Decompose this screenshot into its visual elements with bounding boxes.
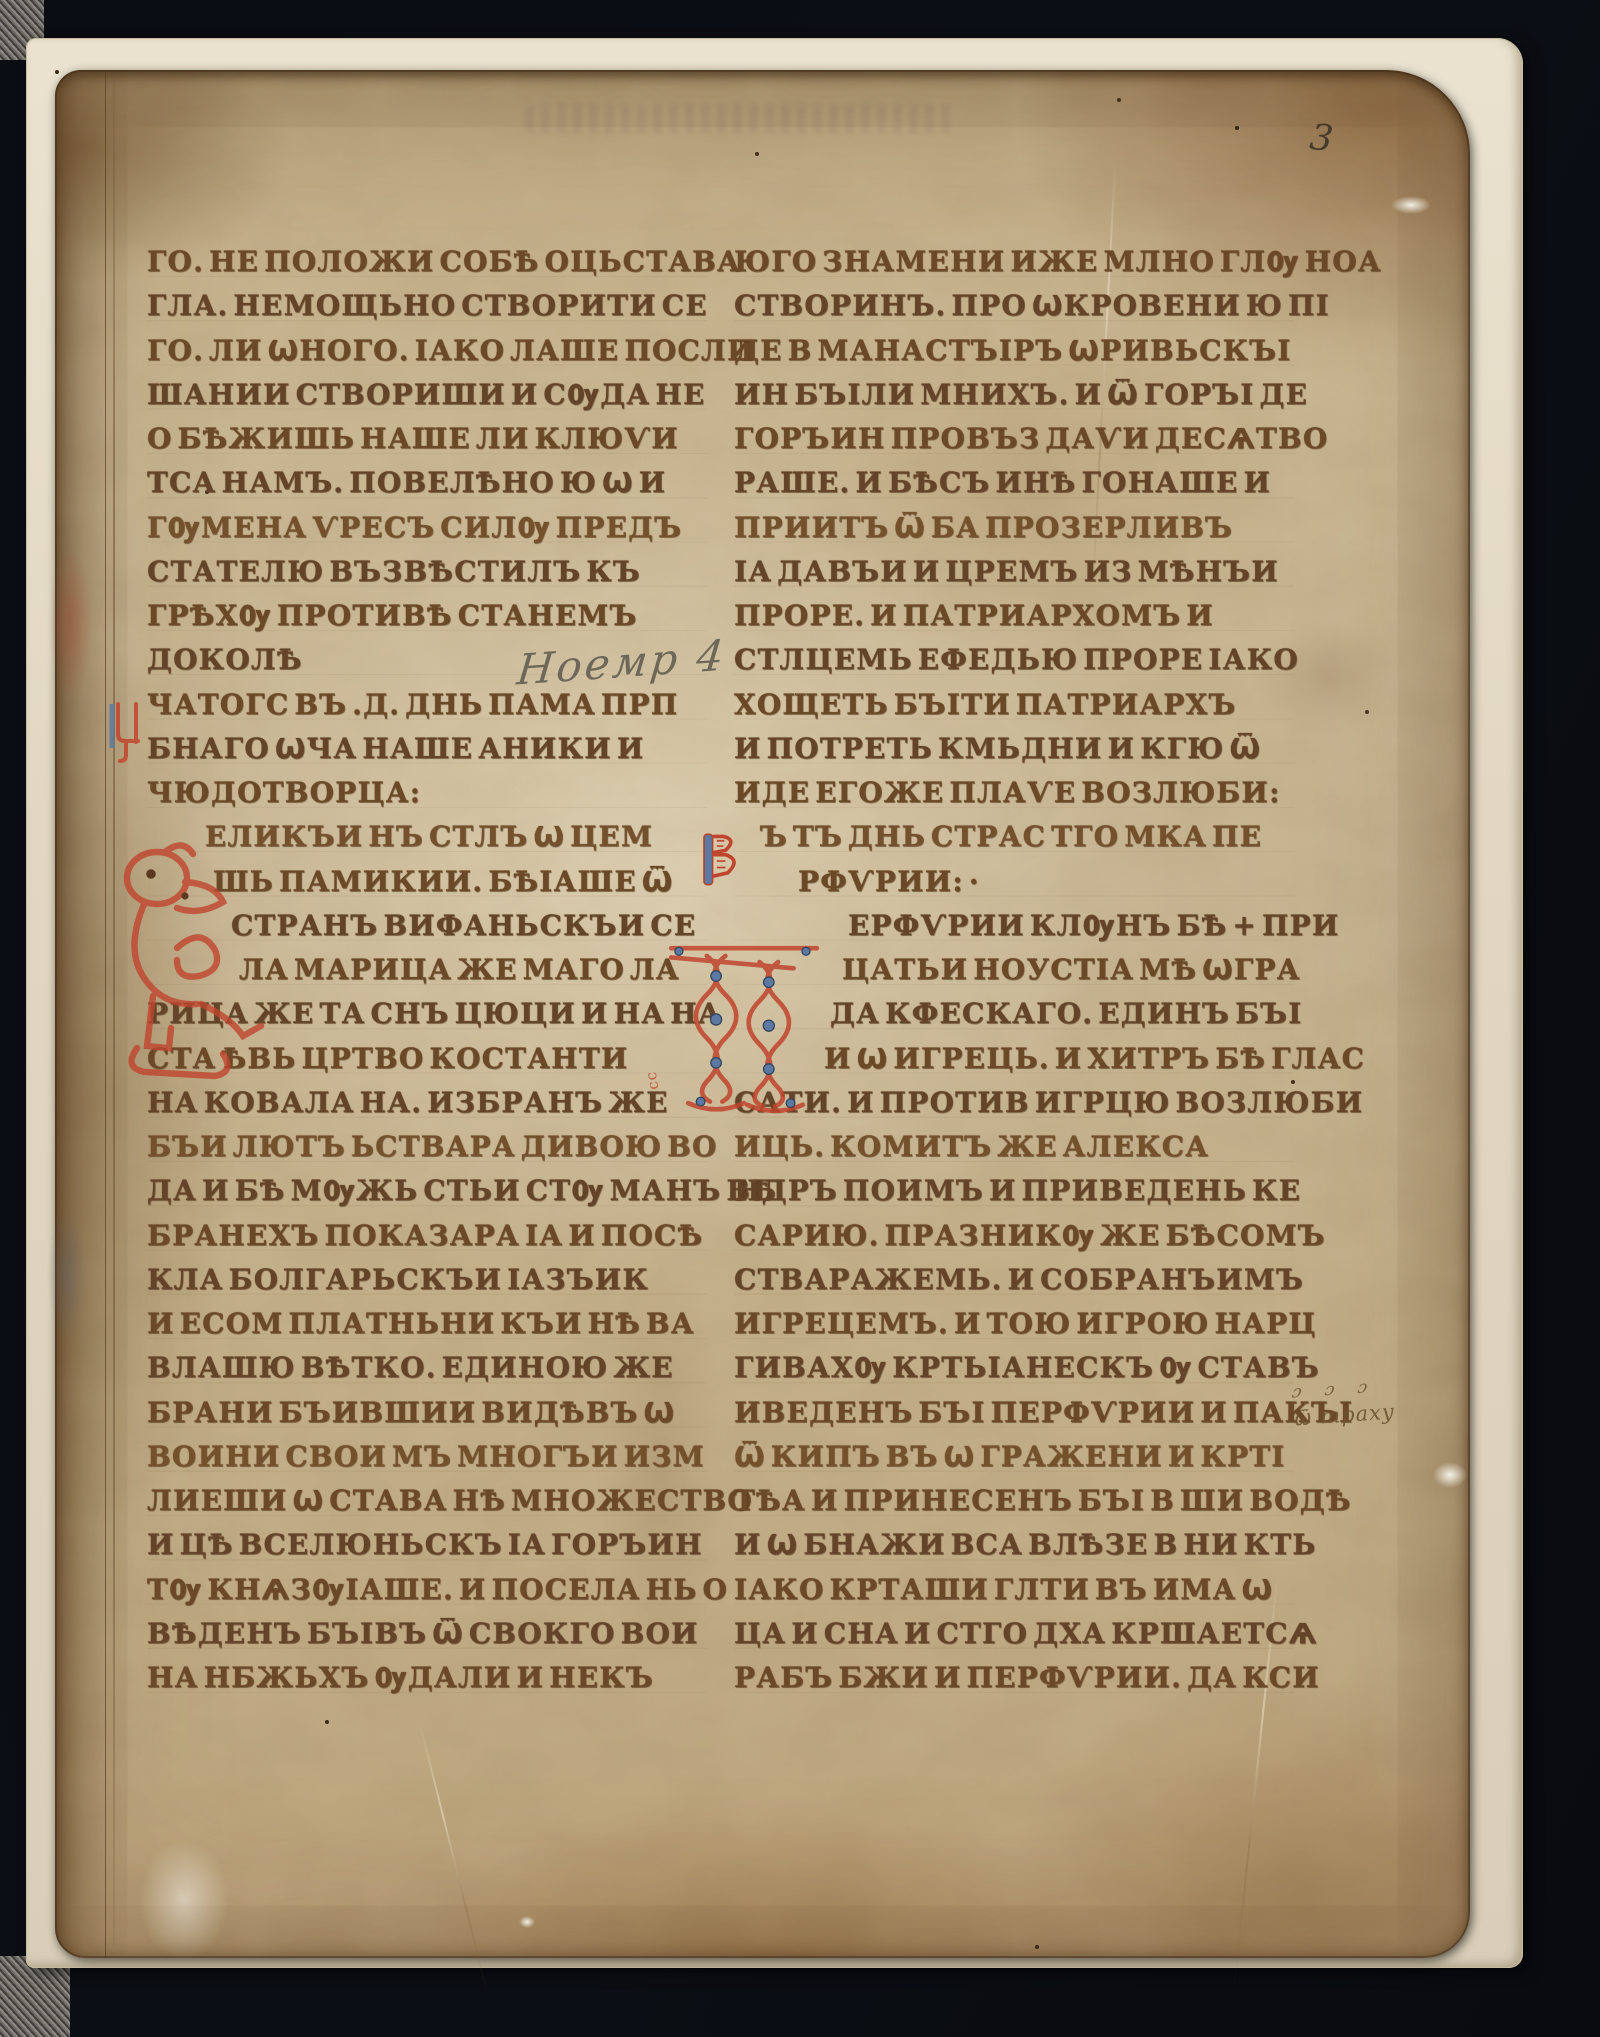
damage-spot — [1391, 196, 1431, 214]
text-line: вѣденъ бъівъ ѿ свокго вои — [147, 1612, 707, 1656]
text-line: стателю възвѣстилъ къ — [147, 550, 707, 594]
text-line: и есом платньни къи нѣ ва — [147, 1302, 707, 1346]
text-line: ца и сна и стго дха кршаетсѧ — [734, 1612, 1294, 1656]
text-line: ѿ кипъ въ ѡ гражени и крті — [734, 1435, 1294, 1479]
text-line: на ковала на. избранъ же — [147, 1081, 707, 1125]
text-line: иведенъ бъі перфѵрии и пакъі — [734, 1391, 1294, 1435]
text-line: на нбжьхъ ѹдали и некъ — [147, 1656, 707, 1700]
manuscript-photo: 3 Ноемр 4 го. не положи собѣ оцьставагла… — [0, 0, 1600, 2037]
rubric-initial-tse — [105, 696, 145, 768]
text-line: тѹ кнѧзѹіаше. и посела нь о — [147, 1568, 707, 1612]
text-line: тѣа и принесенъ бъі в ши водѣ — [734, 1479, 1294, 1523]
abrasion — [139, 1840, 229, 1960]
initial-ve-small — [696, 830, 742, 890]
text-line: юго знамени иже млно глѹ ноа — [734, 240, 1294, 284]
text-line: гла. немощьно створити се — [147, 284, 707, 328]
text-line: шании створиши и сѹда не — [147, 373, 707, 417]
text-line: раше. и бѣсъ инѣ гонаше и — [734, 461, 1294, 505]
text-line: чатогс въ .д. днь пама прп — [147, 683, 707, 727]
text-line: гивахѹ кртьіанескъ ѹ ставъ — [734, 1346, 1294, 1390]
text-line: стваражемь. и собранъимъ — [734, 1258, 1294, 1302]
text-line: проре. и патриархомъ и — [734, 594, 1294, 638]
margin-inscription: ɔ ɔ ɔ ѿ траху — [1291, 1373, 1396, 1432]
text-line: игрецемъ. и тою игрою нарц — [734, 1302, 1294, 1346]
text-line: де в манастъіръ ѡривьскъі — [734, 329, 1294, 373]
text-line: иць. комитъ же алекса — [734, 1125, 1294, 1169]
text-line: и ѡ бнажи вса влѣзе в ни кть — [734, 1523, 1294, 1567]
text-line: приитъ ѿ ба прозерливъ — [734, 506, 1294, 550]
damage-spot — [519, 1916, 535, 1928]
text-line: го. ли ѡного. іако лаше посли — [147, 329, 707, 373]
text-line: го. не положи собѣ оцьстава — [147, 240, 707, 284]
text-line: рфѵрии: · — [734, 860, 1294, 904]
text-line: бранехъ показара іа и посѣ — [147, 1214, 707, 1258]
text-line: лиеши ѡ става нѣ множество — [147, 1479, 707, 1523]
text-line: тса намъ. повелѣно ю ѡ и — [147, 461, 707, 505]
text-line: о бѣжишь наше ли клюѵи — [147, 417, 707, 461]
text-line: бнаго ѡча наше аники и — [147, 727, 707, 771]
text-line: доколѣ — [147, 638, 707, 682]
text-line: брани бъившии видѣвъ ѡ — [147, 1391, 707, 1435]
text-line: сарию. празникѹ же бѣсомъ — [734, 1214, 1294, 1258]
text-line: горъин провъз даѵи десѧтво — [734, 417, 1294, 461]
text-line: створинъ. про ѡкровени ю пі — [734, 284, 1294, 328]
text-line: ндръ поимъ и приведень ке — [734, 1169, 1294, 1213]
text-line: да и бѣ мѹжь стьи стѹ манъ вѣ — [147, 1169, 707, 1213]
damage-spot — [1433, 1462, 1467, 1488]
text-line: бъи лютъ ьствара дивою во — [147, 1125, 707, 1169]
knotwork-initial-pe — [665, 928, 823, 1114]
zoomorphic-initial-beast — [97, 840, 297, 1080]
text-line: кла болгарьскъи іазъик — [147, 1258, 707, 1302]
parchment-folio: 3 Ноемр 4 го. не положи собѣ оцьставагла… — [55, 70, 1470, 1958]
text-line: грѣхѹ противѣ станемъ — [147, 594, 707, 638]
text-line: чюдотворца: — [147, 771, 707, 815]
text-line: влашю вѣтко. единою же — [147, 1346, 707, 1390]
text-line: стлцемь ефедью проре іако — [734, 638, 1294, 682]
text-line: ин бъіли мнихъ. и ѿ горъі де — [734, 373, 1294, 417]
text-line: и цѣ вселюньскъ іа горъин — [147, 1523, 707, 1567]
text-line: іако крташи глти въ има ѡ — [734, 1568, 1294, 1612]
text-line: ъ тъ днь страс тго мка пе — [734, 815, 1294, 859]
text-line: воини свои мъ многъи изм — [147, 1435, 707, 1479]
wormholes — [55, 70, 59, 74]
text-line: иде егоже плаѵе возлюби: — [734, 771, 1294, 815]
binding-fabric-bottom — [0, 1956, 70, 2037]
red-gutter-mark: ɔɔ — [644, 1070, 665, 1092]
text-line: рабъ бжи и перфѵрии. да кси — [734, 1656, 1294, 1700]
text-line: іа давъи и цремъ из мѣнъи — [734, 550, 1294, 594]
text-line: и потреть кмьдни и кгю ѿ — [734, 727, 1294, 771]
text-line: гѹмена ѵресъ силѹ предъ — [147, 506, 707, 550]
text-line: хощеть бъіти патриархъ — [734, 683, 1294, 727]
